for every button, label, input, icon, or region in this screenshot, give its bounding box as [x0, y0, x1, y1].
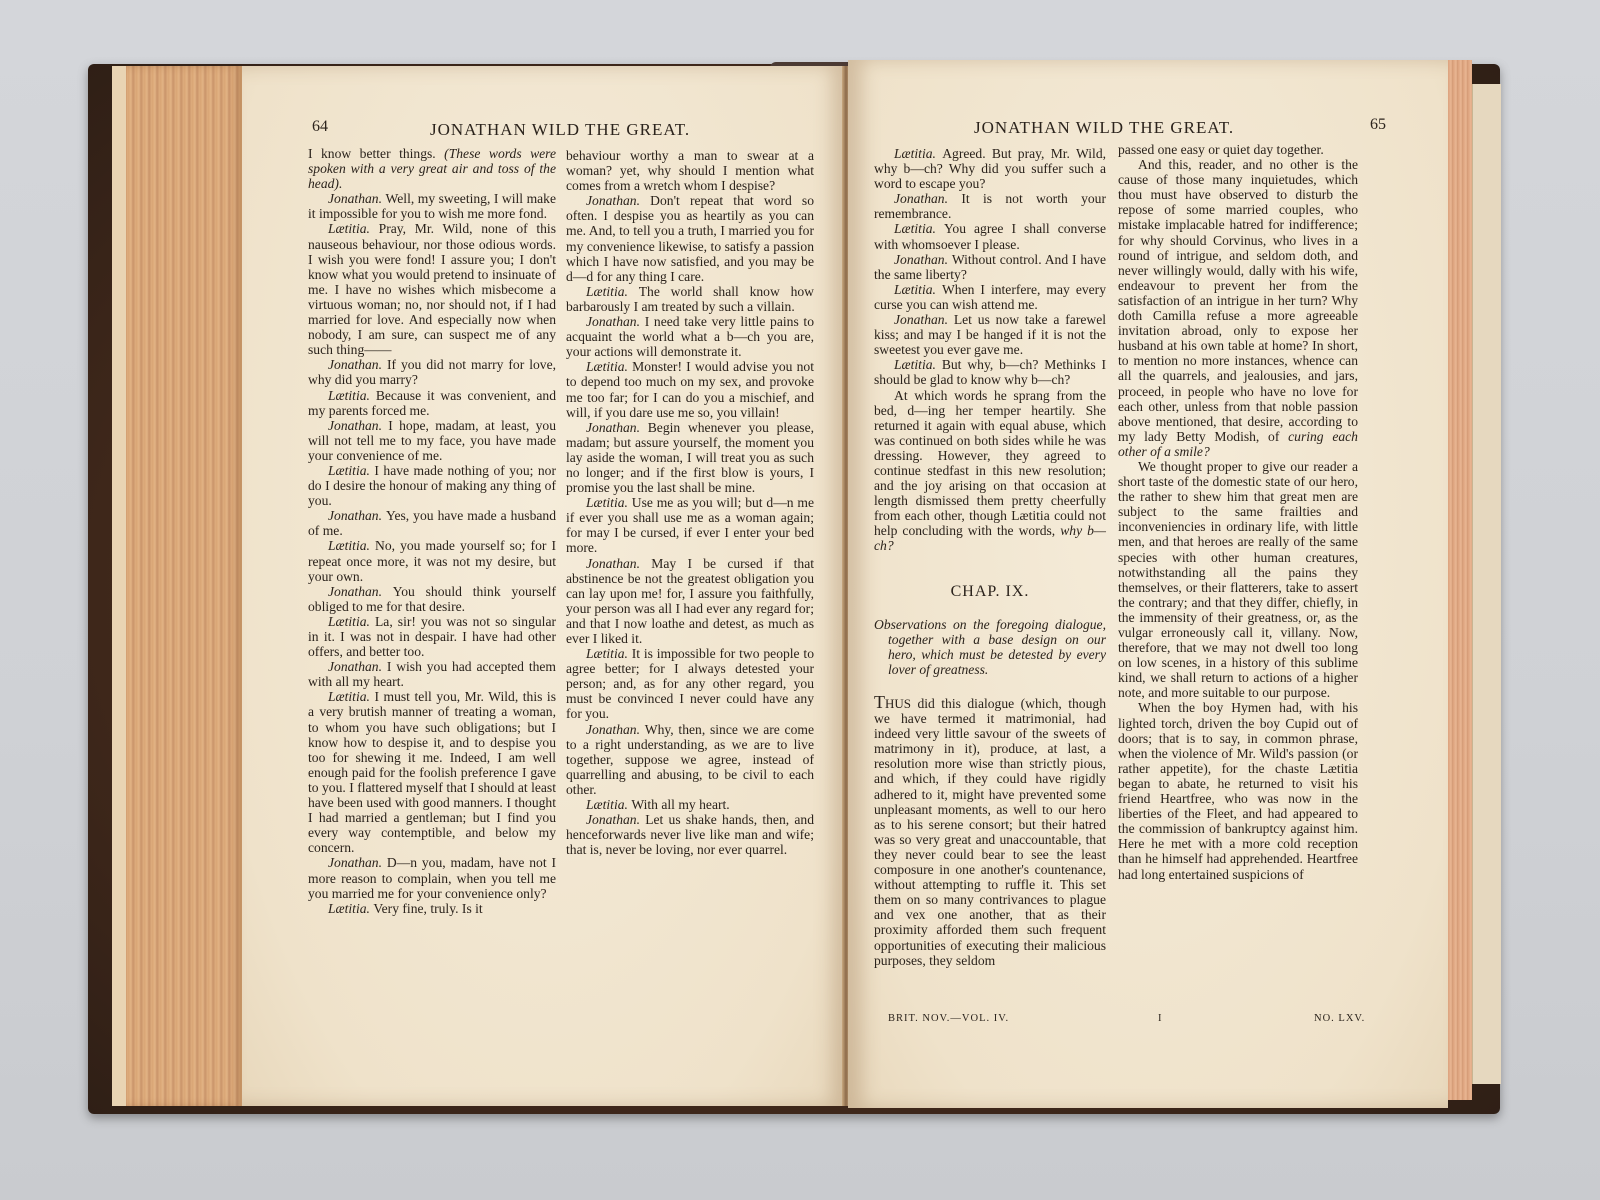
italic-text: why b—ch? — [874, 523, 1106, 553]
dialogue-line: Lætitia. I have made nothing of you; nor… — [308, 463, 556, 508]
left-page: 64 JONATHAN WILD THE GREAT. I know bette… — [242, 66, 846, 1106]
speaker-name: Lætitia. — [894, 282, 942, 297]
speaker-name: Jonathan. — [328, 357, 387, 372]
dialogue-line: Lætitia. Because it was convenient, and … — [308, 388, 556, 418]
speaker-name: Lætitia. — [894, 357, 942, 372]
left-page-block-edge — [112, 66, 242, 1106]
dialogue-line: Jonathan. If you did not marry for love,… — [308, 357, 556, 387]
page-number: 64 — [312, 118, 328, 136]
speaker-name: Jonathan. — [894, 312, 954, 327]
printer-signature: BRIT. NOV.—VOL. IV. — [888, 1013, 1009, 1024]
dialogue-line: Lætitia. I must tell you, Mr. Wild, this… — [308, 689, 556, 855]
speaker-name: Jonathan. — [328, 418, 388, 433]
dialogue-line: Lætitia. With all my heart. — [566, 797, 814, 812]
chapter-title: CHAP. IX. — [874, 584, 1106, 599]
speaker-name: Lætitia. — [328, 221, 379, 236]
dialogue-line: Jonathan. D—n you, madam, have not I mor… — [308, 855, 556, 900]
dialogue-line: Lætitia. But why, b—ch? Methinks I shoul… — [874, 357, 1106, 387]
text-column-1: Lætitia. Agreed. But pray, Mr. Wild, why… — [874, 146, 1106, 968]
speaker-name: Jonathan. — [586, 556, 651, 571]
dialogue-line: Lætitia. La, sir! you was not so singula… — [308, 614, 556, 659]
running-head: JONATHAN WILD THE GREAT. — [974, 118, 1234, 138]
dialogue-line: Jonathan. It is not worth your remembran… — [874, 191, 1106, 221]
dialogue-line: Jonathan. Why, then, since we are come t… — [566, 722, 814, 797]
speaker-name: Lætitia. — [586, 359, 632, 374]
text-column-1: I know better things. (These words were … — [308, 146, 556, 916]
dialogue-line: Lætitia. When I interfere, may every cur… — [874, 282, 1106, 312]
speaker-name: Lætitia. — [586, 646, 632, 661]
dialogue-line: Lætitia. Very fine, truly. Is it — [308, 901, 556, 916]
dialogue-line: Jonathan. Let us now take a farewel kiss… — [874, 312, 1106, 357]
speaker-name: Jonathan. — [586, 812, 645, 827]
speaker-name: Lætitia. — [328, 689, 374, 704]
speaker-name: Lætitia. — [328, 901, 373, 916]
number-mark: NO. LXV. — [1314, 1013, 1365, 1024]
dialogue-line: Lætitia. Monster! I would advise you not… — [566, 359, 814, 419]
chapter-summary: Observations on the foregoing dialogue, … — [874, 617, 1106, 677]
speaker-name: Lætitia. — [328, 463, 374, 478]
speaker-name: Lætitia. — [894, 221, 944, 236]
dialogue-line: Jonathan. I need take very little pains … — [566, 314, 814, 359]
paragraph: passed one easy or quiet day together. — [1118, 142, 1358, 157]
dialogue-line: Jonathan. I wish you had accepted them w… — [308, 659, 556, 689]
speaker-name: Jonathan. — [894, 191, 961, 206]
dialogue-line: Lætitia. It is impossible for two people… — [566, 646, 814, 721]
dialogue-line: Lætitia. No, you made yourself so; for I… — [308, 538, 556, 583]
dialogue-line: Jonathan. Don't repeat that word so ofte… — [566, 193, 814, 284]
speaker-name: Jonathan. — [328, 659, 387, 674]
speaker-name: Jonathan. — [894, 252, 952, 267]
page-number: 65 — [1370, 116, 1386, 134]
text-column-2: passed one easy or quiet day together.An… — [1118, 142, 1358, 882]
running-head: JONATHAN WILD THE GREAT. — [430, 120, 690, 140]
text-column-2: behaviour worthy a man to swear at a wom… — [566, 148, 814, 857]
right-page-block-edge — [1448, 60, 1472, 1100]
chapter-body: Thus did this dialogue (which, though we… — [874, 695, 1106, 968]
paragraph: behaviour worthy a man to swear at a wom… — [566, 148, 814, 193]
italic-text: curing each other of a smile? — [1118, 429, 1358, 459]
dialogue-line: Lætitia. You agree I shall converse with… — [874, 221, 1106, 251]
dialogue-line: Jonathan. Without control. And I have th… — [874, 252, 1106, 282]
speaker-name: Jonathan. — [328, 191, 386, 206]
paragraph: When the boy Hymen had, with his lighted… — [1118, 700, 1358, 881]
speaker-name: Jonathan. — [586, 420, 648, 435]
paragraph: At which words he sprang from the bed, d… — [874, 388, 1106, 554]
speaker-name: Lætitia. — [328, 388, 376, 403]
paragraph: And this, reader, and no other is the ca… — [1118, 157, 1358, 459]
speaker-name: Lætitia. — [586, 284, 639, 299]
signature-mark: I — [1158, 1013, 1163, 1024]
dialogue-line: Lætitia. Pray, Mr. Wild, none of this na… — [308, 221, 556, 357]
opening-word: Thus — [874, 692, 911, 712]
speaker-name: Lætitia. — [328, 614, 375, 629]
dialogue-line: Lætitia. The world shall know how barbar… — [566, 284, 814, 314]
speaker-name: Jonathan. — [586, 193, 650, 208]
dialogue-line: Jonathan. Yes, you have made a husband o… — [308, 508, 556, 538]
dialogue-line: Jonathan. I hope, madam, at least, you w… — [308, 418, 556, 463]
speaker-name: Lætitia. — [586, 797, 631, 812]
speaker-name: Jonathan. — [586, 314, 645, 329]
dialogue-line: Jonathan. Well, my sweeting, I will make… — [308, 191, 556, 221]
speaker-name: Lætitia. — [328, 538, 375, 553]
dialogue-line: Jonathan. Begin whenever you please, mad… — [566, 420, 814, 495]
right-page: JONATHAN WILD THE GREAT. 65 Lætitia. Agr… — [848, 60, 1448, 1108]
dialogue-line: Lætitia. Agreed. But pray, Mr. Wild, why… — [874, 146, 1106, 191]
dialogue-line: Lætitia. Use me as you will; but d—n me … — [566, 495, 814, 555]
speaker-name: Lætitia. — [894, 146, 942, 161]
speaker-name: Lætitia. — [586, 495, 632, 510]
speaker-name: Jonathan. — [328, 855, 387, 870]
dialogue-line: Jonathan. Let us shake hands, then, and … — [566, 812, 814, 857]
right-endpaper — [1472, 84, 1501, 1084]
endpaper — [112, 66, 126, 1106]
speaker-name: Jonathan. — [586, 722, 645, 737]
dialogue-line: Jonathan. You should think yourself obli… — [308, 584, 556, 614]
dialogue-line: Jonathan. May I be cursed if that abstin… — [566, 556, 814, 647]
speaker-name: Jonathan. — [328, 584, 393, 599]
speaker-name: Jonathan. — [328, 508, 386, 523]
italic-text: (These words were spoken with a very gre… — [308, 146, 556, 191]
paragraph: I know better things. (These words were … — [308, 146, 556, 191]
paragraph: We thought proper to give our reader a s… — [1118, 459, 1358, 701]
